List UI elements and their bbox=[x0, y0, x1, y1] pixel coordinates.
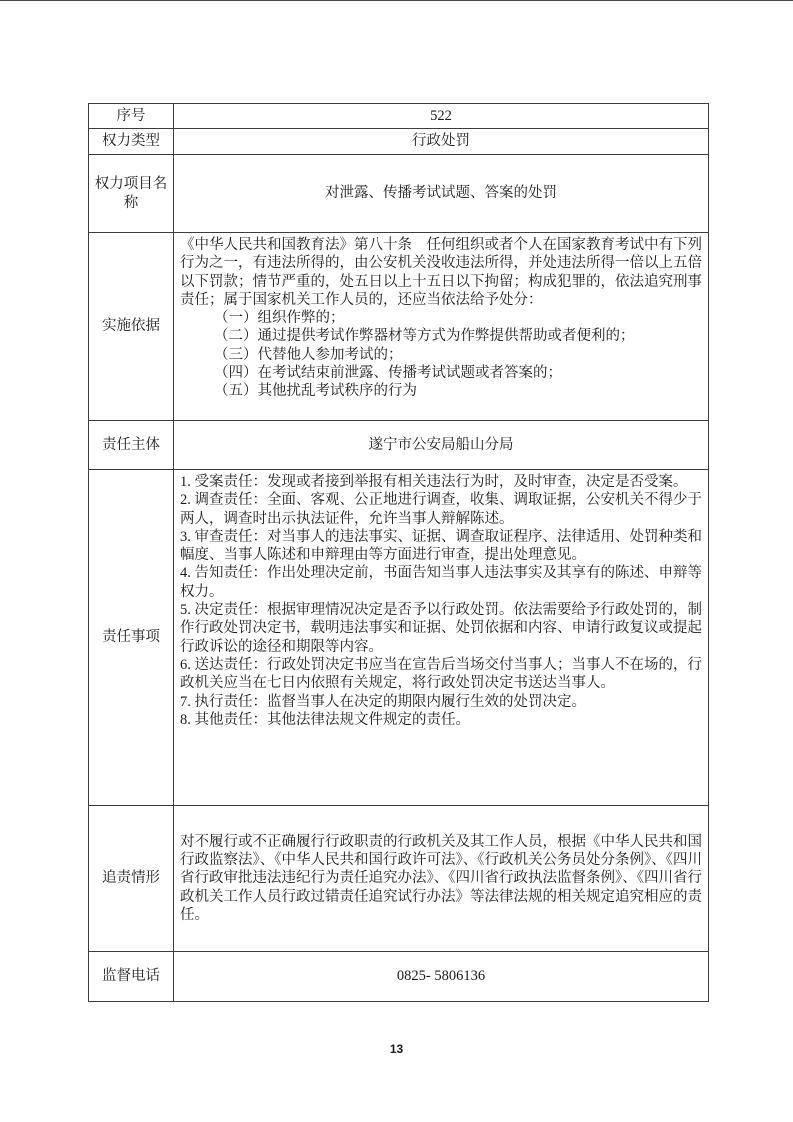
accountability-label: 追责情形 bbox=[89, 806, 174, 952]
legal-basis-item: （三）代替他人参加考试的； bbox=[180, 346, 702, 364]
accountability-value: 对不履行或不正确履行行政职责的行政机关及其工作人员，根据《中华人民共和国行政监察… bbox=[174, 806, 709, 952]
legal-basis-label: 实施依据 bbox=[89, 233, 174, 421]
duty-item: 4. 告知责任：作出处理决定前，书面告知当事人违法事实及其享有的陈述、申辩等权力… bbox=[180, 564, 702, 601]
duty-items-value: 1. 受案责任：发现或者接到举报有相关违法行为时，及时审查，决定是否受案。 2.… bbox=[174, 470, 709, 806]
duty-item: 3. 审查责任：对当事人的违法事实、证据、调查取证程序、法律适用、处罚种类和幅度… bbox=[180, 528, 702, 565]
duty-item: 8. 其他责任：其他法律法规文件规定的责任。 bbox=[180, 711, 702, 729]
duty-item: 5. 决定责任：根据审理情况决定是否予以行政处罚。依法需要给予行政处罚的，制作行… bbox=[180, 601, 702, 656]
responsible-entity-value: 遂宁市公安局船山分局 bbox=[174, 421, 709, 470]
power-item-table: 序号 522 权力类型 行政处罚 权力项目名称 对泄露、传播考试试题、答案的处罚… bbox=[88, 103, 709, 1002]
legal-basis-item: （一）组织作弊的； bbox=[180, 309, 702, 327]
phone-row: 监督电话 0825- 5806136 bbox=[89, 952, 709, 1002]
power-type-label: 权力类型 bbox=[89, 129, 174, 155]
power-name-label: 权力项目名称 bbox=[89, 155, 174, 233]
duty-item: 2. 调查责任：全面、客观、公正地进行调查，收集、调取证据，公安机关不得少于两人… bbox=[180, 491, 702, 528]
legal-basis-item: （五）其他扰乱考试秩序的行为 bbox=[180, 382, 702, 400]
duty-item: 7. 执行责任：监督当事人在决定的期限内履行生效的处罚决定。 bbox=[180, 693, 702, 711]
power-type-value: 行政处罚 bbox=[174, 129, 709, 155]
power-name-row: 权力项目名称 对泄露、传播考试试题、答案的处罚 bbox=[89, 155, 709, 233]
duty-items-row: 责任事项 1. 受案责任：发现或者接到举报有相关违法行为时，及时审查，决定是否受… bbox=[89, 470, 709, 806]
page-number: 13 bbox=[0, 1042, 793, 1056]
legal-basis-item: （二）通过提供考试作弊器材等方式为作弊提供帮助或者便利的； bbox=[180, 327, 702, 345]
duty-item: 6. 送达责任：行政处罚决定书应当在宣告后当场交付当事人；当事人不在场的，行政机… bbox=[180, 656, 702, 693]
accountability-row: 追责情形 对不履行或不正确履行行政职责的行政机关及其工作人员，根据《中华人民共和… bbox=[89, 806, 709, 952]
legal-basis-row: 实施依据 《中华人民共和国教育法》第八十条 任何组织或者个人在国家教育考试中有下… bbox=[89, 233, 709, 421]
phone-label: 监督电话 bbox=[89, 952, 174, 1002]
phone-value: 0825- 5806136 bbox=[174, 952, 709, 1002]
serial-label: 序号 bbox=[89, 104, 174, 129]
power-name-value: 对泄露、传播考试试题、答案的处罚 bbox=[174, 155, 709, 233]
responsible-entity-label: 责任主体 bbox=[89, 421, 174, 470]
duty-item: 1. 受案责任：发现或者接到举报有相关违法行为时，及时审查，决定是否受案。 bbox=[180, 473, 702, 491]
responsible-entity-row: 责任主体 遂宁市公安局船山分局 bbox=[89, 421, 709, 470]
duty-items-label: 责任事项 bbox=[89, 470, 174, 806]
serial-row: 序号 522 bbox=[89, 104, 709, 129]
legal-basis-intro: 《中华人民共和国教育法》第八十条 任何组织或者个人在国家教育考试中有下列行为之一… bbox=[180, 236, 702, 309]
serial-value: 522 bbox=[174, 104, 709, 129]
page-top-edge bbox=[0, 0, 793, 1]
legal-basis-item: （四）在考试结束前泄露、传播考试试题或者答案的； bbox=[180, 364, 702, 382]
power-type-row: 权力类型 行政处罚 bbox=[89, 129, 709, 155]
legal-basis-value: 《中华人民共和国教育法》第八十条 任何组织或者个人在国家教育考试中有下列行为之一… bbox=[174, 233, 709, 421]
document-page: 序号 522 权力类型 行政处罚 权力项目名称 对泄露、传播考试试题、答案的处罚… bbox=[0, 0, 793, 1122]
